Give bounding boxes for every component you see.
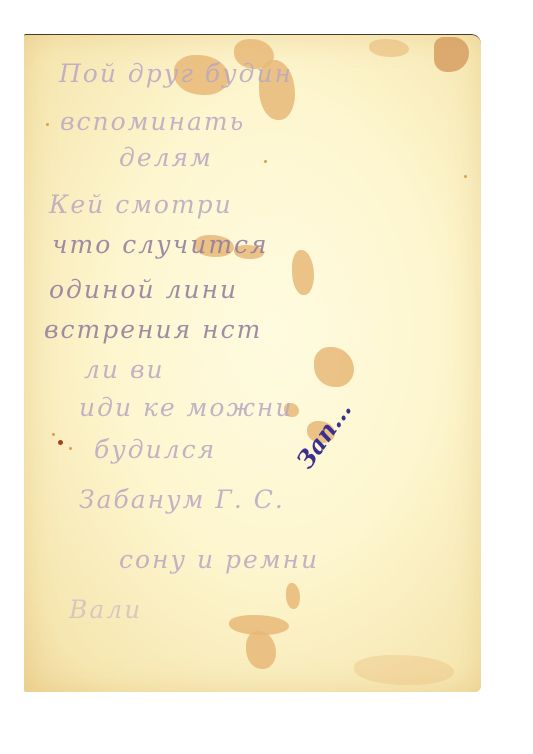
handwriting-line: Пой друг будин bbox=[59, 59, 293, 88]
speck bbox=[69, 447, 72, 450]
speck bbox=[46, 123, 49, 126]
rust-spot bbox=[58, 440, 63, 445]
ink-signature: Зап... bbox=[290, 396, 357, 474]
speck bbox=[52, 433, 55, 436]
handwriting-line: что случится bbox=[52, 230, 269, 259]
stain-mid-3 bbox=[292, 250, 314, 295]
handwriting-line: будился bbox=[94, 435, 216, 464]
stain-top-right-2 bbox=[434, 37, 469, 72]
stain-top-right-1 bbox=[369, 39, 409, 57]
handwriting-line: Вали bbox=[69, 595, 142, 624]
stain-bottom-2 bbox=[246, 631, 276, 669]
handwriting-line: встрения нст bbox=[44, 315, 262, 344]
handwriting-line: Забанум Г. С. bbox=[79, 485, 285, 514]
handwriting-line: иди ке можни bbox=[79, 393, 293, 422]
handwriting-line: вспоминать bbox=[60, 107, 245, 136]
handwriting-line: ли ви bbox=[84, 355, 165, 384]
speck bbox=[264, 160, 267, 163]
photo-back-card: Пой друг будин вспоминать делям Кей смот… bbox=[24, 34, 481, 692]
handwriting-line: делям bbox=[119, 143, 213, 172]
handwriting-line: одиной лини bbox=[49, 275, 238, 304]
speck bbox=[464, 175, 467, 178]
handwriting-line: сону и ремни bbox=[119, 545, 319, 574]
stain-bottom-right bbox=[354, 655, 454, 685]
stain-lower-1 bbox=[286, 583, 300, 609]
stain-mid-4 bbox=[314, 347, 354, 387]
handwriting-line: Кей смотри bbox=[49, 190, 233, 219]
